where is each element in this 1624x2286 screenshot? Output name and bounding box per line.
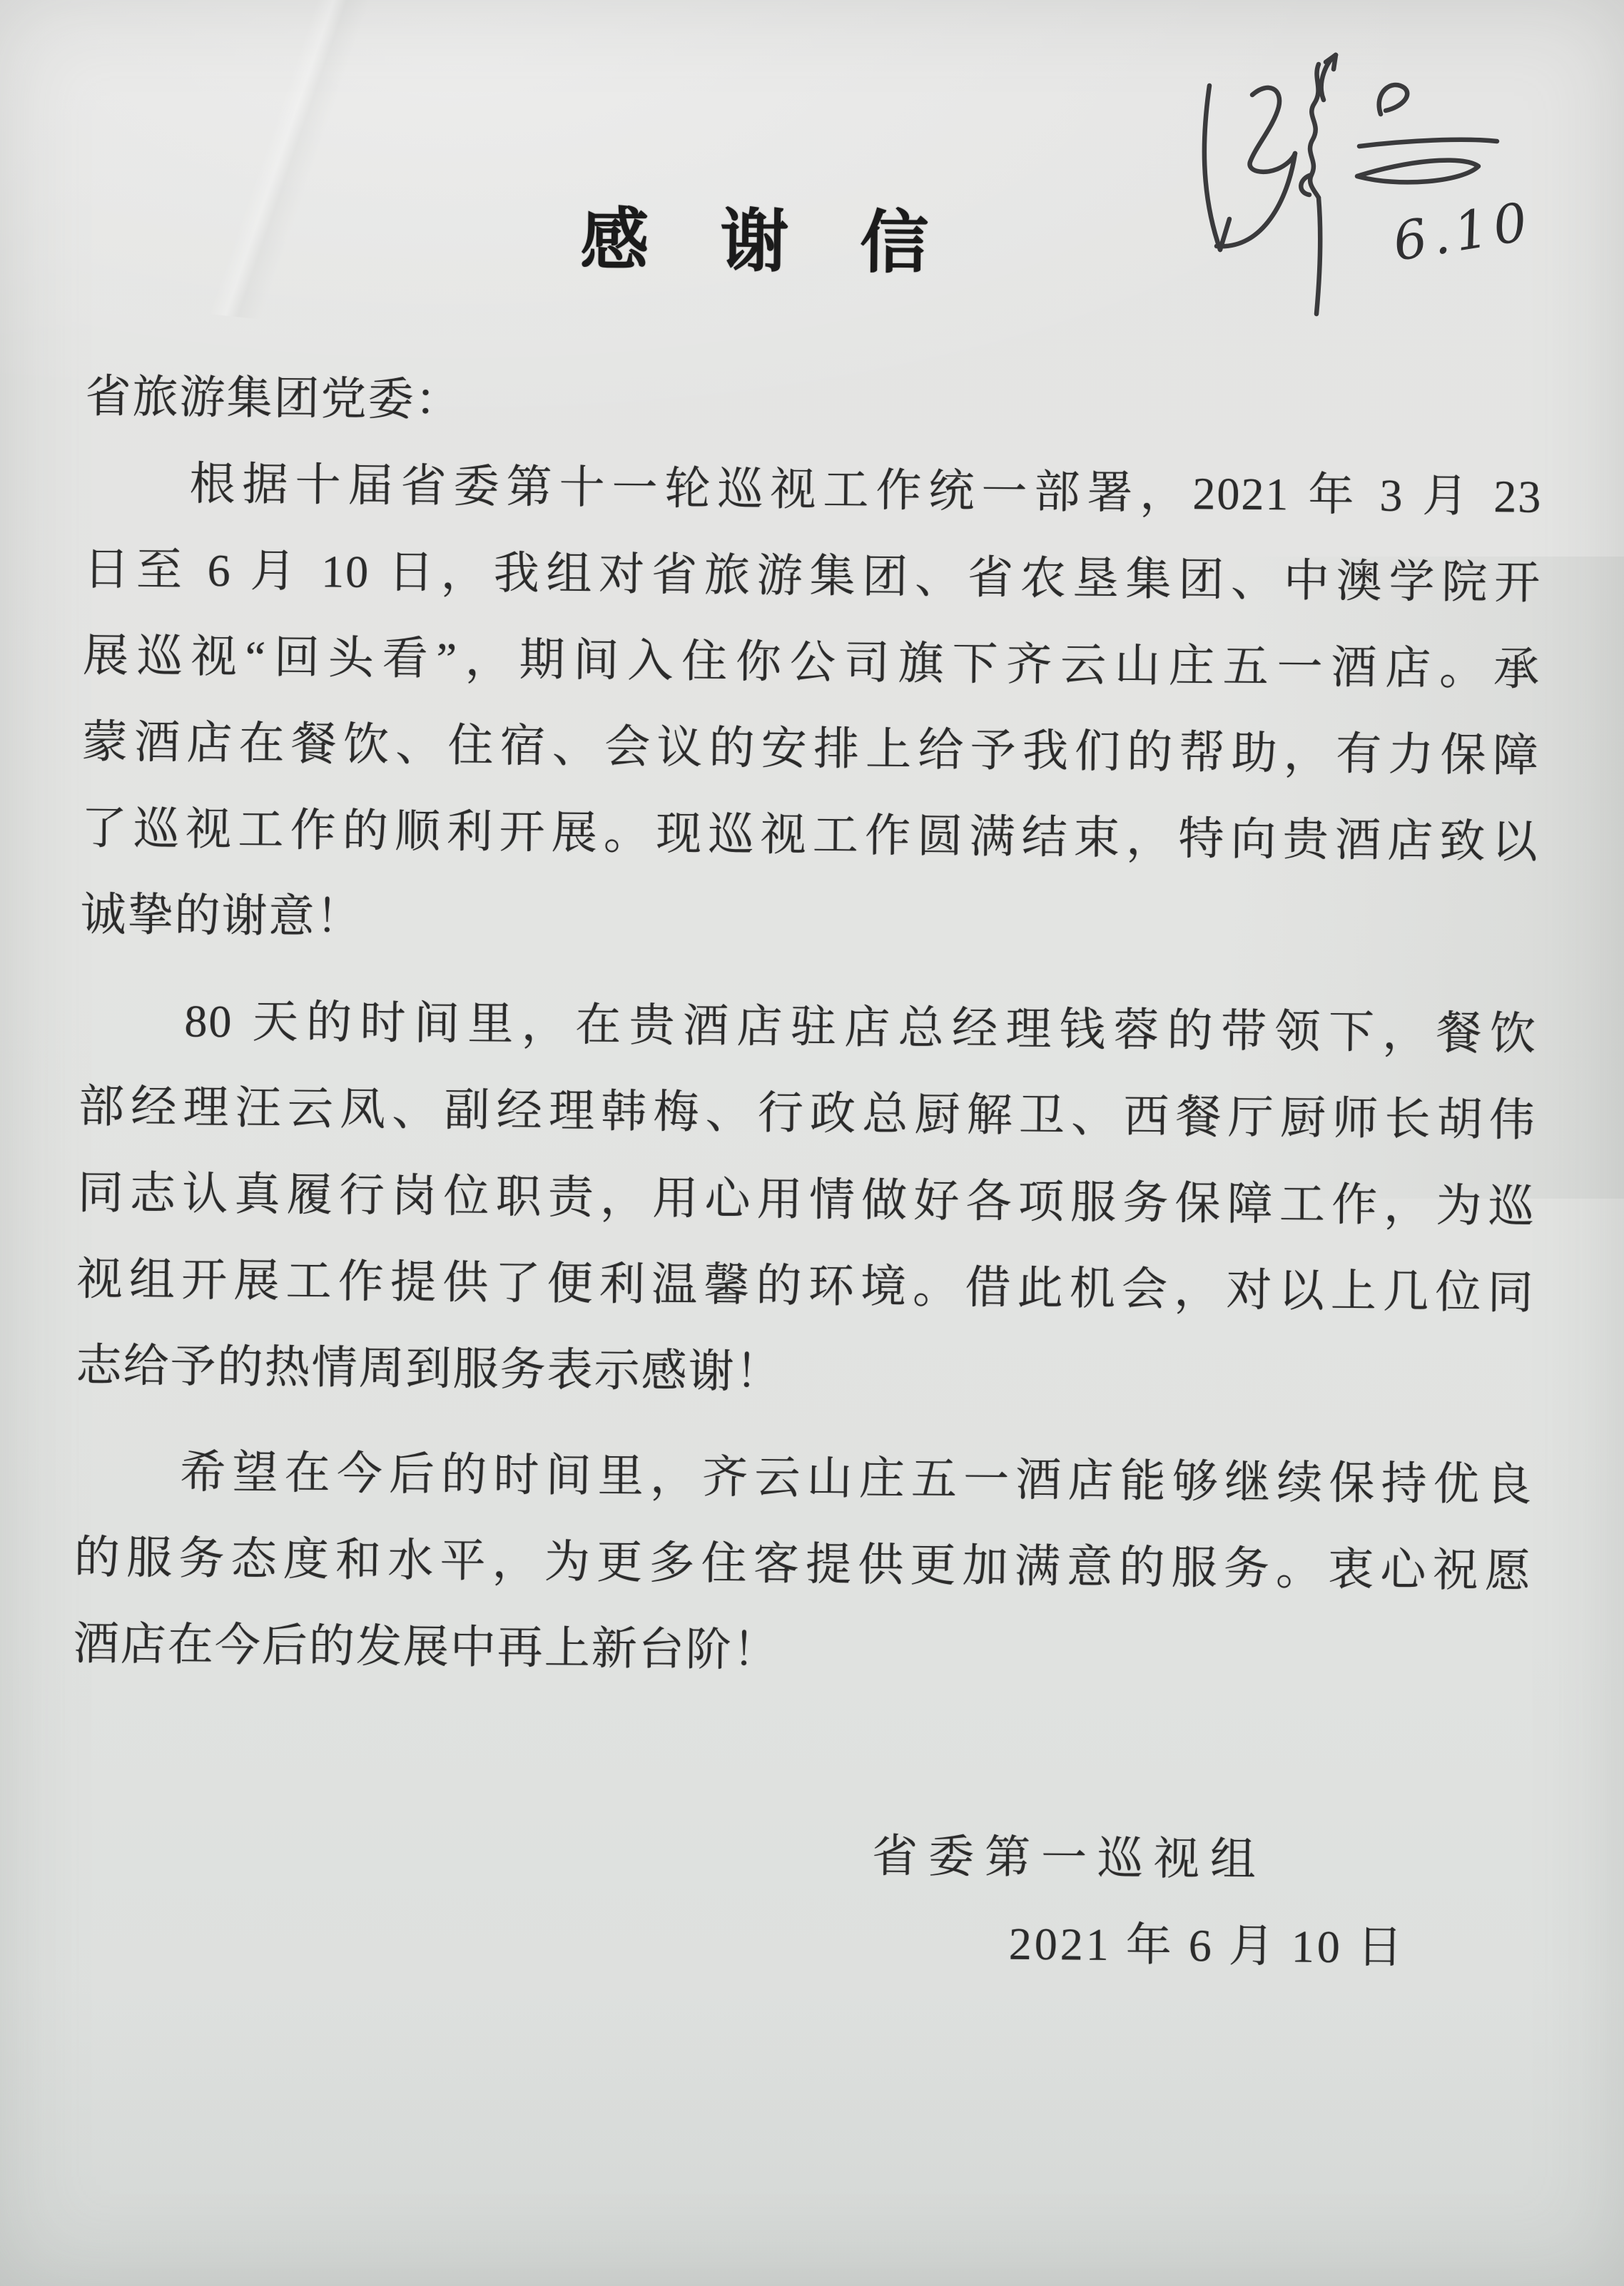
salutation: 省旅游集团党委： — [85, 353, 1543, 454]
paragraph-1: 根据十届省委第十一轮巡视工作统一部署，2021 年 3 月 23 日至 6 月 … — [80, 440, 1543, 972]
body-line: 了巡视工作的顺利开展。现巡视工作圆满结束，特向贵酒店致以 — [81, 785, 1539, 885]
date-line: 2021 年 6 月 10 日 — [70, 1891, 1528, 1992]
body-line: 80 天的时间里，在贵酒店驻店总经理钱蓉的带领下，餐饮 — [79, 977, 1538, 1077]
body-line: 部经理汪云凤、副经理韩梅、行政总厨解卫、西餐厅厨师长胡伟 — [78, 1063, 1536, 1164]
body-line: 视组开展工作提供了便利温馨的环境。借此机会，对以上几位同 — [76, 1236, 1535, 1336]
body-line: 根据十届省委第十一轮巡视工作统一部署，2021 年 3 月 23 — [84, 440, 1543, 540]
body-line: 的服务态度和水平，为更多住客提供更加满意的服务。衷心祝愿 — [73, 1514, 1532, 1615]
body-line: 展巡视“回头看”，期间入住你公司旗下齐云山庄五一酒店。承 — [83, 612, 1541, 713]
body-line: 诚挚的谢意！ — [80, 871, 1538, 972]
body-line: 酒店在今后的发展中再上新台阶！ — [73, 1600, 1531, 1701]
letter-body: 感 谢 信 省旅游集团党委： 根据十届省委第十一轮巡视工作统一部署，2021 年… — [70, 0, 1547, 1992]
letter-page: 6.10 感 谢 信 省旅游集团党委： 根据十届省委第十一轮巡视工作统一部署，2… — [0, 0, 1624, 2286]
body-line: 志给予的热情周到服务表示感谢！ — [76, 1322, 1534, 1423]
body-line: 希望在今后的时间里，齐云山庄五一酒店能够继续保持优良 — [75, 1428, 1533, 1528]
signature-line: 省委第一巡视组 — [71, 1805, 1530, 1906]
paper-shading-bottom — [0, 1986, 1624, 2286]
letter-title: 感 谢 信 — [86, 196, 1423, 288]
paragraph-3: 希望在今后的时间里，齐云山庄五一酒店能够继续保持优良 的服务态度和水平，为更多住… — [73, 1428, 1533, 1701]
body-line: 日至 6 月 10 日，我组对省旅游集团、省农垦集团、中澳学院开 — [83, 526, 1542, 626]
body-line: 蒙酒店在餐饮、住宿、会议的安排上给予我们的帮助，有力保障 — [81, 698, 1540, 799]
paragraph-2: 80 天的时间里，在贵酒店驻店总经理钱蓉的带领下，餐饮 部经理汪云凤、副经理韩梅… — [76, 977, 1538, 1423]
body-line: 同志认真履行岗位职责，用心用情做好各项服务保障工作，为巡 — [77, 1149, 1536, 1250]
